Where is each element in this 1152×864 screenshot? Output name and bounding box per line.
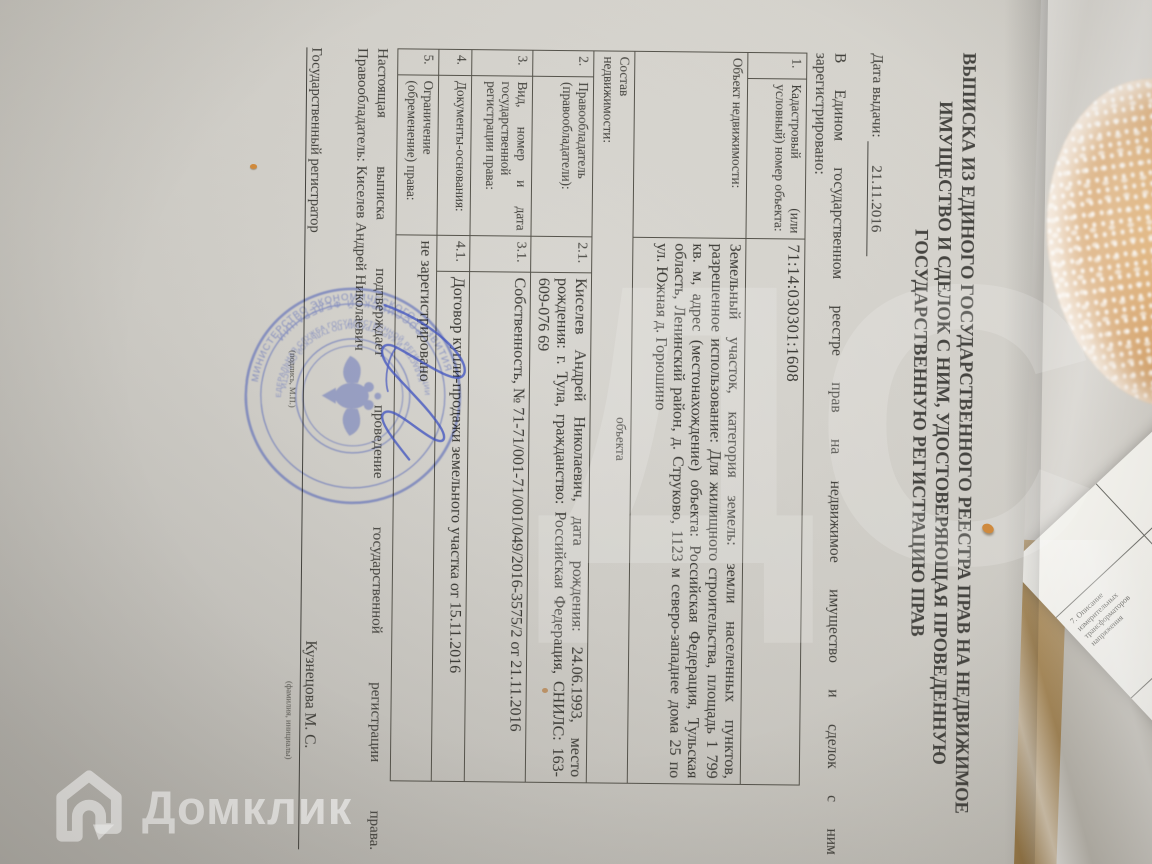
- table-row: Объект недвижимости: Земельный участок, …: [627, 52, 748, 784]
- row-number: 4.: [439, 50, 471, 76]
- rightholder-value: Киселев Андрей Николаевич, дата рождения…: [526, 273, 591, 783]
- row-label: Объект недвижимости:: [633, 52, 747, 239]
- row-number: 1.: [748, 53, 806, 80]
- row-number: 3.: [472, 50, 532, 77]
- label-word: недвижимости:: [600, 56, 616, 143]
- value-number: 3.1.: [470, 236, 530, 273]
- document-title: ВЫПИСКА ИЗ ЕДИНОГО ГОСУДАРСТВЕННОГО РЕЕС…: [902, 25, 980, 842]
- row-label: Состав объекта недвижимости:: [587, 51, 635, 782]
- table-row: 1. Кадастровый (или условный) номер объе…: [740, 53, 807, 785]
- row-label: Ограничение (обременение) права:: [396, 75, 438, 235]
- row-number: 2.: [533, 51, 593, 78]
- domclick-wordmark: Домклик: [142, 780, 352, 835]
- row-label: Вид, номер и дата государственной регист…: [470, 76, 532, 237]
- handwritten-signature: [329, 287, 481, 479]
- row-number: 5.: [398, 49, 438, 75]
- object-description-value: Земельный участок, категория земель: зем…: [628, 238, 746, 784]
- registrar-label: Государственный регистратор: [306, 47, 325, 232]
- table-row: Состав объекта недвижимости:: [586, 51, 635, 782]
- value-number: 4.1.: [437, 236, 469, 272]
- photo-of-document: 7. Описание измерительных трансформаторо…: [0, 0, 1152, 864]
- domclick-watermark: Домклик: [50, 768, 352, 846]
- issue-date-row: Дата выдачи: 21.11.2016: [866, 53, 885, 256]
- crumb: [250, 164, 257, 169]
- table-row: 2. Правообладатель (правообладатели): 2.…: [525, 51, 594, 783]
- row-label: Кадастровый (или условный) номер объекта…: [746, 79, 806, 240]
- value-number: 2.1.: [531, 237, 591, 274]
- row-label: Документы-основания:: [437, 76, 471, 236]
- cadastral-number-value: 71:14:030301:1608: [741, 239, 805, 785]
- intro-paragraph: В Едином государственном реестре прав на…: [803, 53, 849, 855]
- issue-date-value: 21.11.2016: [866, 141, 884, 256]
- domclick-house-icon: [50, 768, 128, 846]
- egrp-extract-document: ВЫПИСКА ИЗ ЕДИНОГО ГОСУДАРСТВЕННОГО РЕЕС…: [0, 0, 1036, 864]
- issue-date-label: Дата выдачи:: [869, 53, 886, 137]
- label-word: объекта: [612, 417, 628, 461]
- row-label: Правообладатель (правообладатели):: [531, 77, 593, 238]
- label-word: Состав: [617, 57, 632, 97]
- crumb: [542, 688, 548, 693]
